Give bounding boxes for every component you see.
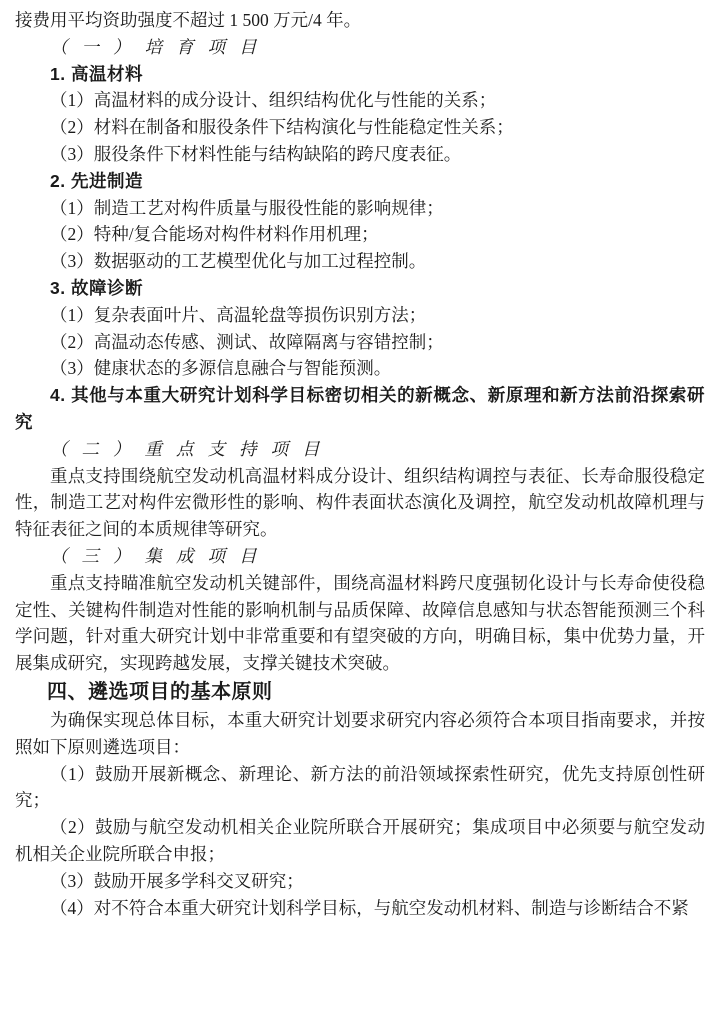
paragraph-key-support-description: 重点支持围绕航空发动机高温材料成分设计、组织结构调控与表征、长寿命服役稳定性，制…: [15, 463, 705, 543]
list-item: （1）制造工艺对构件质量与服役性能的影响规律；: [15, 195, 705, 222]
paragraph-integration-description: 重点支持瞄准航空发动机关键部件，围绕高温材料跨尺度强韧化设计与长寿命使役稳定性、…: [15, 570, 705, 677]
heading-selection-principles: 四、遴选项目的基本原则: [15, 677, 705, 707]
list-item: （2）鼓励与航空发动机相关企业院所联合开展研究；集成项目中必须要与航空发动机相关…: [15, 814, 705, 868]
list-item: （2）材料在制备和服役条件下结构演化与性能稳定性关系；: [15, 114, 705, 141]
list-item: （1）鼓励开展新概念、新理论、新方法的前沿领域探索性研究，优先支持原创性研究；: [15, 761, 705, 815]
list-item: （4）对不符合本重大研究计划科学目标，与航空发动机材料、制造与诊断结合不紧: [15, 895, 705, 922]
document-page: 接费用平均资助强度不超过 1 500 万元/4 年。 （一）培育项目 1. 高温…: [0, 0, 720, 1012]
list-item: （2）特种/复合能场对构件材料作用机理；: [15, 221, 705, 248]
paragraph-other-frontier-exploration: 4. 其他与本重大研究计划科学目标密切相关的新概念、新原理和新方法前沿探索研究: [15, 382, 705, 436]
list-item: （1）复杂表面叶片、高温轮盘等损伤识别方法；: [15, 302, 705, 329]
list-item: （3）数据驱动的工艺模型优化与加工过程控制。: [15, 248, 705, 275]
subheading-advanced-manufacturing: 2. 先进制造: [15, 168, 705, 195]
subheading-high-temp-materials: 1. 高温材料: [15, 61, 705, 88]
heading-cultivation-projects: （一）培育项目: [15, 34, 705, 61]
paragraph-funding-continuation: 接费用平均资助强度不超过 1 500 万元/4 年。: [15, 7, 705, 34]
list-item: （2）高温动态传感、测试、故障隔离与容错控制；: [15, 329, 705, 356]
list-item: （3）健康状态的多源信息融合与智能预测。: [15, 355, 705, 382]
heading-key-support-projects: （二）重点支持项目: [15, 436, 705, 463]
list-item: （3）鼓励开展多学科交叉研究；: [15, 868, 705, 895]
list-item: （1）高温材料的成分设计、组织结构优化与性能的关系；: [15, 87, 705, 114]
subheading-fault-diagnosis: 3. 故障诊断: [15, 275, 705, 302]
heading-integration-projects: （三）集成项目: [15, 543, 705, 570]
paragraph-selection-intro: 为确保实现总体目标，本重大研究计划要求研究内容必须符合本项目指南要求，并按照如下…: [15, 707, 705, 761]
list-item: （3）服役条件下材料性能与结构缺陷的跨尺度表征。: [15, 141, 705, 168]
